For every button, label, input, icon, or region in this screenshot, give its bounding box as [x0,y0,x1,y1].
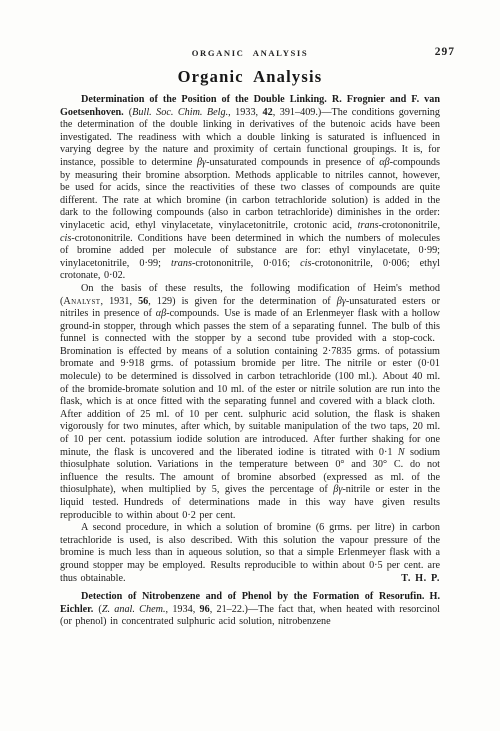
text-run: Analyst [63,296,100,307]
journal-page: ORGANIC ANALYSIS 297 Organic Analysis De… [0,0,500,629]
text-run: βγ [337,296,346,307]
text-run: cis [300,258,311,269]
text-run: Bull. Soc. Chim. Belg. [132,107,228,118]
text-run: βγ [197,157,206,168]
text-run: αβ [379,157,389,168]
text-run: -unsaturated compounds in presence of [206,157,379,168]
text-run: Z. anal. Chem. [102,604,166,615]
text-run: trans [171,258,192,269]
text-run: , 1931, [100,296,138,307]
page-number: 297 [435,46,455,58]
paragraph: On the basis of these results, the follo… [60,283,440,522]
page-title: Organic Analysis [60,67,440,87]
abstracts: Determination of the Position of the Dou… [60,94,440,629]
text-run: N [398,447,405,458]
paragraph: A second procedure, in which a solution … [60,522,440,585]
text-run: βγ [333,484,342,495]
author-initials: T. H. P. [380,573,440,586]
abstract-resorufin: Detection of Nitrobenzene and of Phenol … [60,591,440,629]
text-run: , 129) is given for the determination of [148,296,337,307]
text-run: 56 [138,296,148,307]
running-header-title: ORGANIC ANALYSIS [192,48,308,58]
paragraph: Detection of Nitrobenzene and of Phenol … [60,591,440,629]
text-run: 42 [263,107,273,118]
text-run: , 1934, [166,604,200,615]
text-run: trans [358,220,379,231]
paragraph: Determination of the Position of the Dou… [60,94,440,283]
running-header: ORGANIC ANALYSIS 297 [60,48,440,60]
text-run: -compounds. Use is made of an Erlenmeyer… [60,308,440,458]
text-run: αβ [156,308,166,319]
text-run: , 1933, [228,107,262,118]
text-run: cis [60,233,71,244]
text-run: 96 [200,604,210,615]
abstract-double-linking: Determination of the Position of the Dou… [60,94,440,585]
text-run: -crotononitrile, [379,220,440,231]
text-run: -crotononitrile, 0·016; [192,258,300,269]
